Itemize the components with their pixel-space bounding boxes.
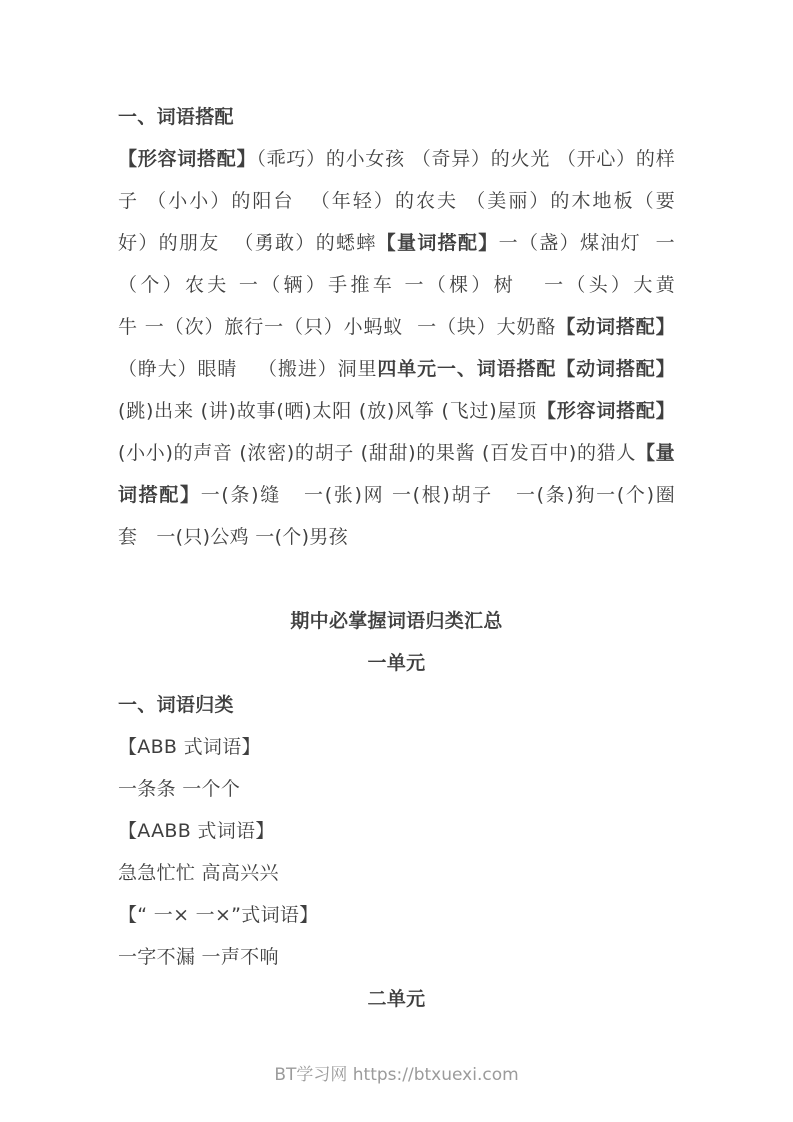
text-run: 【AABB 式词语】	[118, 820, 275, 842]
text-line: 【ABB 式词语】	[118, 726, 675, 768]
text-line: 牛 一（次）旅行一（只）小蚂蚁 一（块）大奶酪【动词搭配】	[118, 306, 675, 348]
text-run: 一字不漏 一声不响	[118, 946, 279, 968]
text-run: 一（盏）煤油灯 一	[499, 232, 675, 254]
text-line: 急急忙忙 高高兴兴	[118, 852, 675, 894]
text-line: 期中必掌握词语归类汇总	[118, 600, 675, 642]
watermark: BT学习网 https://btxuexi.com	[0, 1062, 793, 1088]
text-run: 【量词搭配】	[377, 232, 499, 254]
text-run: （乖巧）的小女孩 （奇异）的火光 （开心）的样	[256, 148, 675, 170]
text-run: 一、词语搭配	[118, 106, 234, 128]
text-line: 【形容词搭配】（乖巧）的小女孩 （奇异）的火光 （开心）的样	[118, 138, 675, 180]
text-line: 一字不漏 一声不响	[118, 936, 675, 978]
text-run: 一条条 一个个	[118, 778, 240, 800]
text-run: 急急忙忙 高高兴兴	[118, 862, 279, 884]
text-line	[118, 558, 675, 600]
text-run: （睁大）眼睛 （搬进）洞里	[118, 358, 377, 380]
text-run: 好）的朋友 （勇敢）的蟋蟀	[118, 232, 377, 254]
text-line: 【“ 一× 一×”式词语】	[118, 894, 675, 936]
text-run: 词搭配】	[118, 484, 201, 506]
text-run: 【量	[636, 442, 675, 464]
text-line: （个）农夫 一（辆）手推车 一（棵）树 一（头）大黄	[118, 264, 675, 306]
text-run: 一单元	[368, 652, 426, 674]
text-run: 一(条)缝 一(张)网 一(根)胡子 一(条)狗一(个)圈	[201, 484, 675, 506]
text-run: 【ABB 式词语】	[118, 736, 261, 758]
text-run: 二单元	[368, 988, 426, 1010]
text-line: 一条条 一个个	[118, 768, 675, 810]
document-content: 一、词语搭配【形容词搭配】（乖巧）的小女孩 （奇异）的火光 （开心）的样子 （小…	[118, 96, 675, 1020]
text-line: (小小)的声音 (浓密)的胡子 (甜甜)的果酱 (百发百中)的猎人【量	[118, 432, 675, 474]
text-run: （个）农夫 一（辆）手推车 一（棵）树 一（头）大黄	[118, 274, 675, 296]
text-line: 一、词语搭配	[118, 96, 675, 138]
text-run: (小小)的声音 (浓密)的胡子 (甜甜)的果酱 (百发百中)的猎人	[118, 442, 636, 464]
text-run: 【动词搭配】	[556, 358, 675, 380]
text-line: （睁大）眼睛 （搬进）洞里四单元一、词语搭配【动词搭配】	[118, 348, 675, 390]
text-run: 牛 一（次）旅行一（只）小蚂蚁 一（块）大奶酪	[118, 316, 556, 338]
text-line: (跳)出来 (讲)故事(晒)太阳 (放)风筝 (飞过)屋顶【形容词搭配】	[118, 390, 675, 432]
text-line: 好）的朋友 （勇敢）的蟋蟀【量词搭配】一（盏）煤油灯 一	[118, 222, 675, 264]
text-line: 二单元	[118, 978, 675, 1020]
text-run: 【动词搭配】	[556, 316, 675, 338]
text-run: 一、词语归类	[118, 694, 234, 716]
text-run: 期中必掌握词语归类汇总	[290, 610, 502, 632]
text-line: 一单元	[118, 642, 675, 684]
text-line: 套 一(只)公鸡 一(个)男孩	[118, 516, 675, 558]
text-run: 【形容词搭配】	[118, 148, 256, 170]
text-run: 套 一(只)公鸡 一(个)男孩	[118, 526, 348, 548]
text-line: 词搭配】一(条)缝 一(张)网 一(根)胡子 一(条)狗一(个)圈	[118, 474, 675, 516]
text-run: (跳)出来 (讲)故事(晒)太阳 (放)风筝 (飞过)屋顶	[118, 400, 537, 422]
text-line: 子 （小小）的阳台 （年轻）的农夫 （美丽）的木地板（要	[118, 180, 675, 222]
document-page: 一、词语搭配【形容词搭配】（乖巧）的小女孩 （奇异）的火光 （开心）的样子 （小…	[0, 0, 793, 1122]
text-run: 【形容词搭配】	[537, 400, 675, 422]
text-line: 一、词语归类	[118, 684, 675, 726]
text-run: 子 （小小）的阳台 （年轻）的农夫 （美丽）的木地板（要	[118, 190, 675, 212]
text-line: 【AABB 式词语】	[118, 810, 675, 852]
text-run: 四单元一、词语搭配	[377, 358, 556, 380]
text-run: 【“ 一× 一×”式词语】	[118, 904, 319, 926]
